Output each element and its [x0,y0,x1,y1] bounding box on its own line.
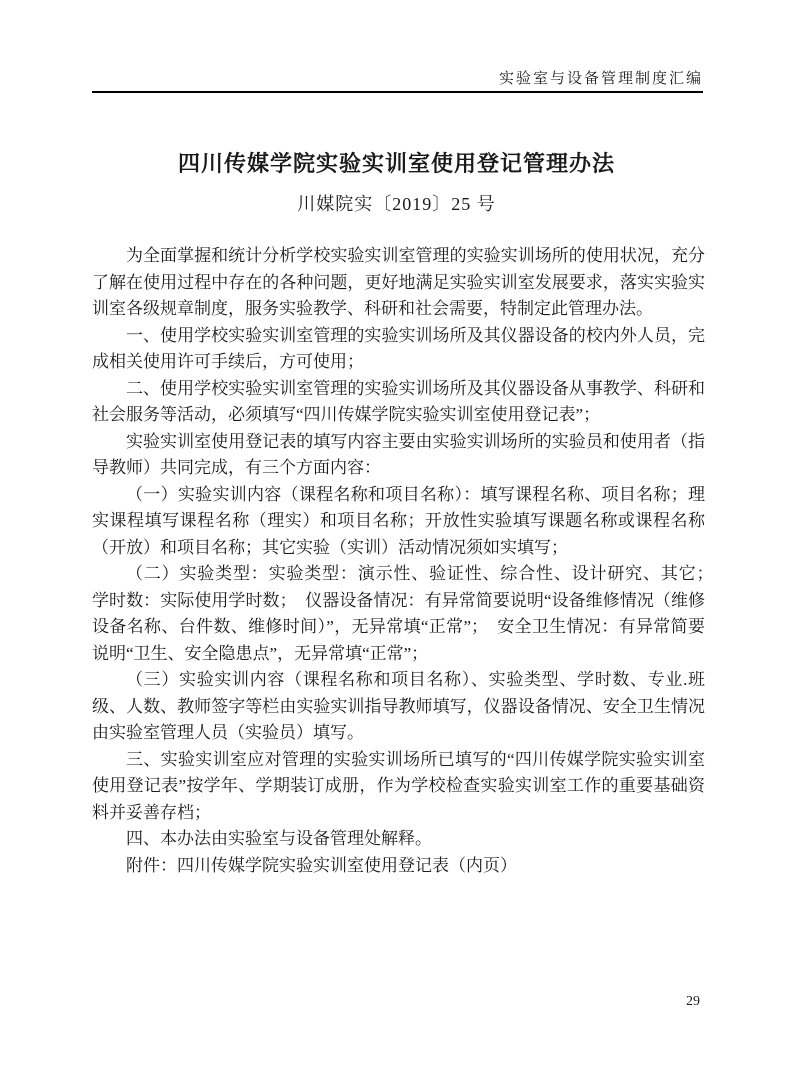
paragraph: 实验实训室使用登记表的填写内容主要由实验实训场所的实验员和使用者（指导教师）共同… [92,429,705,482]
paragraph: 一、使用学校实验实训室管理的实验实训场所及其仪器设备的校内外人员，完成相关使用许… [92,323,705,376]
paragraph: 三、实验实训室应对管理的实验实训场所已填写的“四川传媒学院实验实训室使用登记表”… [92,747,705,827]
page-number: 29 [686,994,700,1010]
paragraph: 二、使用学校实验实训室管理的实验实训场所及其仪器设备从事教学、科研和社会服务等活… [92,376,705,429]
document-body: 为全面掌握和统计分析学校实验实训室管理的实验实训场所的使用状况，充分了解在使用过… [92,243,705,879]
paragraph: 为全面掌握和统计分析学校实验实训室管理的实验实训场所的使用状况，充分了解在使用过… [92,243,705,323]
document-page: 实验室与设备管理制度汇编 四川传媒学院实验实训室使用登记管理办法 川媒院实〔20… [0,0,793,1077]
paragraph: 四、本办法由实验室与设备管理处解释。 [92,826,705,853]
running-header: 实验室与设备管理制度汇编 [92,67,703,88]
running-header-text: 实验室与设备管理制度汇编 [499,71,703,87]
header-rule [92,91,703,93]
doc-title: 四川传媒学院实验实训室使用登记管理办法 [0,147,793,178]
doc-number: 川媒院实〔2019〕25 号 [0,190,793,216]
paragraph: 附件：四川传媒学院实验实训室使用登记表（内页） [92,853,705,880]
paragraph: （三）实验实训内容（课程名称和项目名称）、实验类型、学时数、专业.班级、人数、教… [92,667,705,747]
paragraph: （二）实验类型：实验类型：演示性、验证性、综合性、设计研究、其它； 学时数：实际… [92,561,705,667]
paragraph: （一）实验实训内容（课程名称和项目名称）：填写课程名称、项目名称；理实课程填写课… [92,482,705,562]
